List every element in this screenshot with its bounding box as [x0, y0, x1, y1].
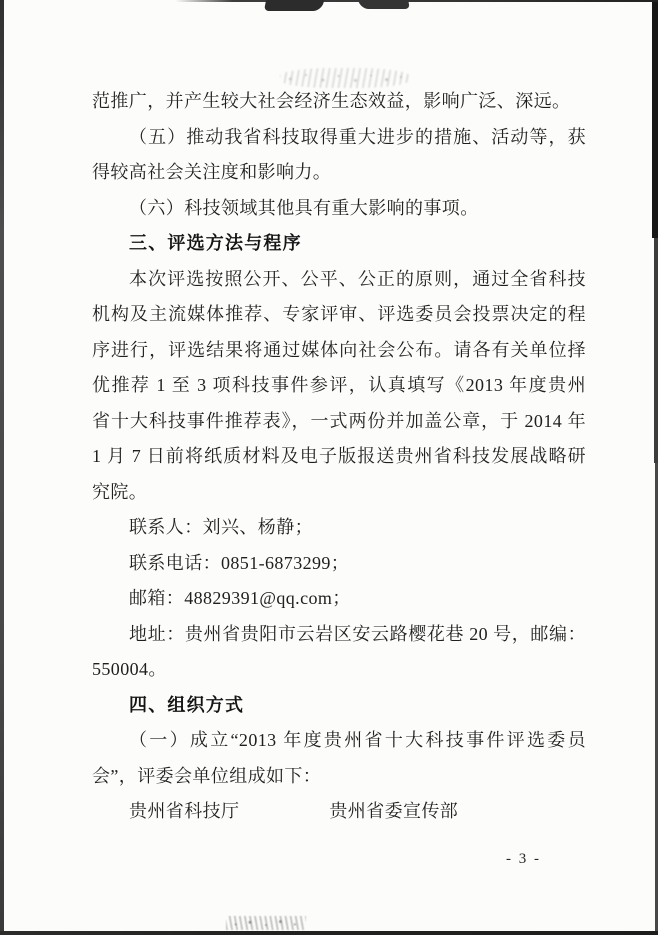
- committee-unit: 贵州省委宣传部: [329, 801, 458, 821]
- text-line: 联系电话：0851-6873299；: [92, 546, 586, 582]
- section-heading: 四、组织方式: [92, 688, 586, 724]
- text-line: 地址：贵州省贵阳市云岩区安云路樱花巷 20 号，邮编：: [92, 617, 586, 653]
- document-content: 范推广，并产生较大社会经济生态效益，影响广泛、深远。（五）推动我省科技取得重大进…: [92, 84, 586, 830]
- scan-edge-left: [0, 0, 4, 935]
- text-line: 机构及主流媒体推荐、专家评审、评选委员会投票决定的程: [92, 297, 586, 333]
- text-line: 得较高社会关注度和影响力。: [92, 155, 586, 191]
- scan-bottom-smudge: [226, 916, 306, 930]
- text-line: （一）成立“2013 年度贵州省十大科技事件评选委员: [92, 723, 586, 759]
- page-number: - 3 -: [506, 851, 541, 868]
- text-line: 本次评选按照公开、公平、公正的原则，通过全省科技: [92, 262, 586, 298]
- section-heading: 三、评选方法与程序: [92, 226, 586, 262]
- text-line: 贵州省科技厅贵州省委宣传部: [92, 794, 586, 830]
- text-line: 邮箱：48829391@qq.com；: [92, 581, 586, 617]
- scan-edge-bottom: [0, 931, 658, 935]
- text-line: 序进行，评选结果将通过媒体向社会公布。请各有关单位择: [92, 333, 586, 369]
- text-line: （六）科技领域其他具有重大影响的事项。: [92, 191, 586, 227]
- scan-edge-right-dark: [652, 0, 658, 238]
- scan-edge-top: [175, 0, 658, 2]
- text-line: 550004。: [92, 652, 586, 688]
- text-line: （五）推动我省科技取得重大进步的措施、活动等，获: [92, 120, 586, 156]
- scan-ink-blob: [264, 0, 324, 11]
- text-line: 联系人：刘兴、杨静；: [92, 510, 586, 546]
- scan-edge-right-mid: [654, 238, 658, 463]
- text-line: 优推荐 1 至 3 项科技事件参评，认真填写《2013 年度贵州: [92, 368, 586, 404]
- committee-unit: 贵州省科技厅: [129, 801, 239, 821]
- scanned-page: 范推广，并产生较大社会经济生态效益，影响广泛、深远。（五）推动我省科技取得重大进…: [0, 0, 658, 935]
- text-line: 1 月 7 日前将纸质材料及电子版报送贵州省科技发展战略研: [92, 439, 586, 475]
- text-line: 究院。: [92, 475, 586, 511]
- scan-ink-blob: [358, 0, 410, 9]
- text-line: 省十大科技事件推荐表》，一式两份并加盖公章，于 2014 年: [92, 404, 586, 440]
- text-line: 范推广，并产生较大社会经济生态效益，影响广泛、深远。: [92, 84, 586, 120]
- text-line: 会”，评委会单位组成如下：: [92, 759, 586, 795]
